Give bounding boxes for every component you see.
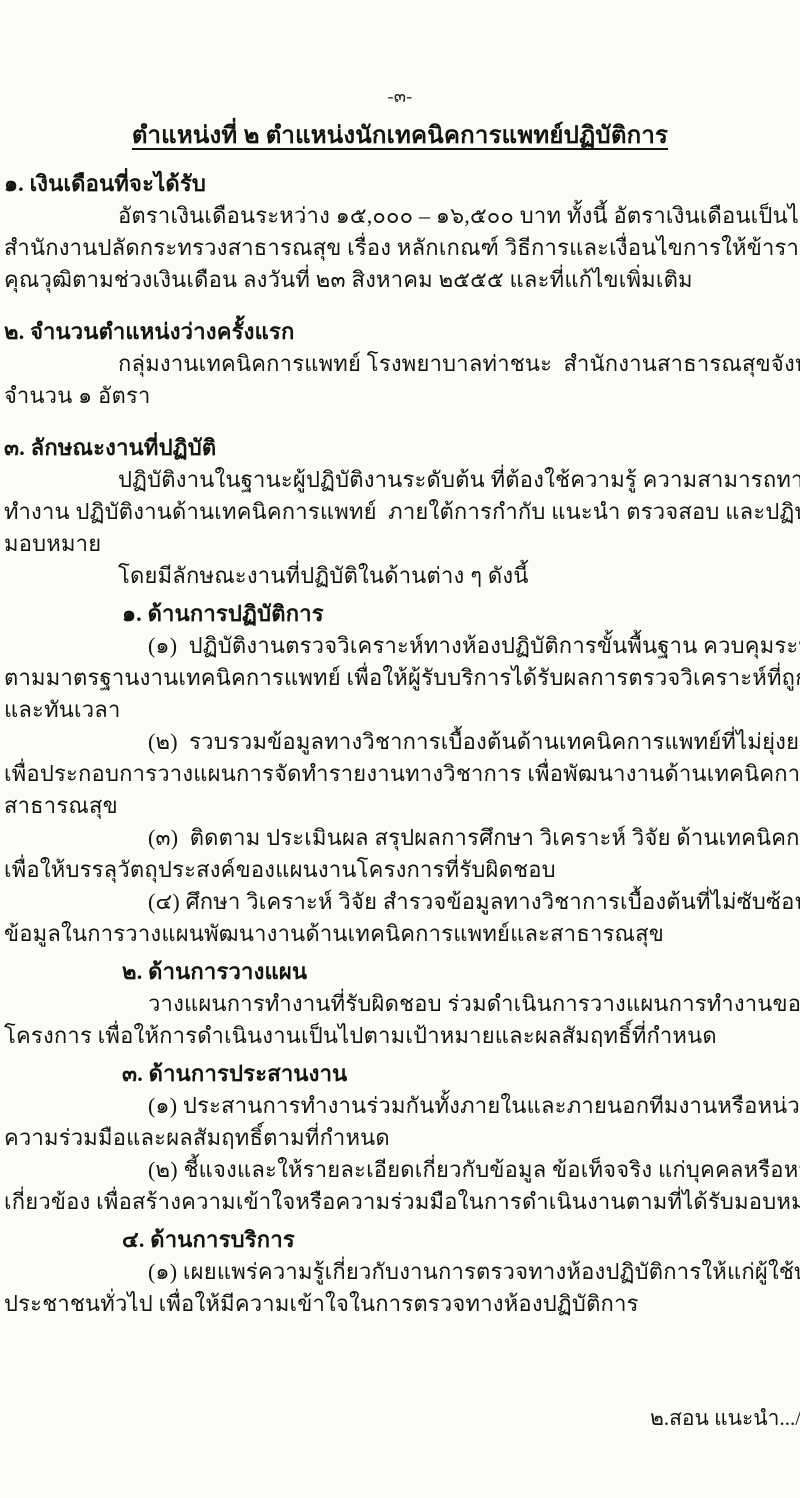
text-line: วางแผนการทำงานที่รับผิดชอบ ร่วมดำเนินการ… (148, 988, 800, 1020)
text-line: สาธารณสุข (4, 790, 800, 822)
duty-service: ๔. ด้านการบริการ (๑) เผยแพร่ความรู้เกี่ย… (0, 1224, 800, 1320)
text-line: (๑) ปฏิบัติงานตรวจวิเคราะห์ทางห้องปฏิบัต… (148, 630, 800, 662)
section-heading: ๓. ลักษณะงานที่ปฏิบัติ (4, 432, 800, 464)
duty-planning: ๒. ด้านการวางแผน วางแผนการทำงานที่รับผิด… (0, 956, 800, 1052)
section-job-description: ๓. ลักษณะงานที่ปฏิบัติ ปฏิบัติงานในฐานะผ… (0, 432, 800, 1320)
text-line: สำนักงานปลัดกระทรวงสาธารณสุข เรื่อง หลัก… (4, 232, 800, 264)
text-line: จำนวน ๑ อัตรา (4, 380, 800, 412)
text-line: และทันเวลา (4, 694, 800, 726)
text-line: ปฏิบัติงานในฐานะผู้ปฏิบัติงานระดับต้น ที… (118, 464, 800, 496)
text-line: ทำงาน ปฏิบัติงานด้านเทคนิคการแพทย์ ภายใต… (4, 496, 800, 528)
text-line: ประชาชนทั่วไป เพื่อให้มีความเข้าใจในการต… (4, 1288, 800, 1320)
page-number: -๓- (0, 0, 800, 112)
text-line: อัตราเงินเดือนระหว่าง ๑๕,๐๐๐ – ๑๖,๕๐๐ บา… (118, 200, 800, 232)
text-line: (๒) รวบรวมข้อมูลทางวิชาการเบื้องต้นด้านเ… (148, 726, 800, 758)
text-line: โดยมีลักษณะงานที่ปฏิบัติในด้านต่าง ๆ ดัง… (118, 560, 800, 592)
text-line: คุณวุฒิตามช่วงเงินเดือน ลงวันที่ ๒๓ สิงห… (4, 264, 800, 296)
text-line: (๒) ชี้แจงและให้รายละเอียดเกี่ยวกับข้อมู… (148, 1154, 800, 1186)
duty-heading: ๒. ด้านการวางแผน (122, 956, 800, 988)
duty-coordination: ๓. ด้านการประสานงาน (๑) ประสานการทำงานร่… (0, 1058, 800, 1218)
duty-heading: ๓. ด้านการประสานงาน (122, 1058, 800, 1090)
text-line: ความร่วมมือและผลสัมฤทธิ์ตามที่กำหนด (4, 1122, 800, 1154)
section-salary: ๑. เงินเดือนที่จะได้รับ อัตราเงินเดือนระ… (0, 168, 800, 296)
text-line: เพื่อให้บรรลุวัตถุประสงค์ของแผนงานโครงกา… (4, 854, 800, 886)
section-heading: ๒. จำนวนตำแหน่งว่างครั้งแรก (4, 316, 800, 348)
section-vacancy: ๒. จำนวนตำแหน่งว่างครั้งแรก กลุ่มงานเทคน… (0, 316, 800, 412)
text-line: ตามมาตรฐานงานเทคนิคการแพทย์ เพื่อให้ผู้ร… (4, 662, 800, 694)
document-title: ตำแหน่งที่ ๒ ตำแหน่งนักเทคนิคการแพทย์ปฏิ… (0, 120, 800, 152)
text-line: กลุ่มงานเทคนิคการแพทย์ โรงพยาบาลท่าชนะ ส… (118, 348, 800, 380)
document-page: -๓- ตำแหน่งที่ ๒ ตำแหน่งนักเทคนิคการแพทย… (0, 0, 800, 1498)
text-line: (๔) ศึกษา วิเคราะห์ วิจัย สำรวจข้อมูลทาง… (148, 886, 800, 918)
duty-operations: ๑. ด้านการปฏิบัติการ (๑) ปฏิบัติงานตรวจว… (0, 598, 800, 950)
text-line: โครงการ เพื่อให้การดำเนินงานเป็นไปตามเป้… (4, 1020, 800, 1052)
duty-heading: ๔. ด้านการบริการ (122, 1224, 800, 1256)
text-line: มอบหมาย (4, 528, 800, 560)
section-heading: ๑. เงินเดือนที่จะได้รับ (4, 168, 800, 200)
page-continuation-note: ๒.สอน แนะนำ.../๑ (650, 1402, 800, 1435)
text-line: (๑) ประสานการทำงานร่วมกันทั้งภายในและภาย… (148, 1090, 800, 1122)
text-line: ข้อมูลในการวางแผนพัฒนางานด้านเทคนิคการแพ… (4, 918, 800, 950)
text-line: เพื่อประกอบการวางแผนการจัดทำรายงานทางวิช… (4, 758, 800, 790)
text-line: (๑) เผยแพร่ความรู้เกี่ยวกับงานการตรวจทาง… (148, 1256, 800, 1288)
duty-heading: ๑. ด้านการปฏิบัติการ (122, 598, 800, 630)
text-line: (๓) ติดตาม ประเมินผล สรุปผลการศึกษา วิเค… (148, 822, 800, 854)
text-line: เกี่ยวข้อง เพื่อสร้างความเข้าใจหรือความร… (4, 1186, 800, 1218)
